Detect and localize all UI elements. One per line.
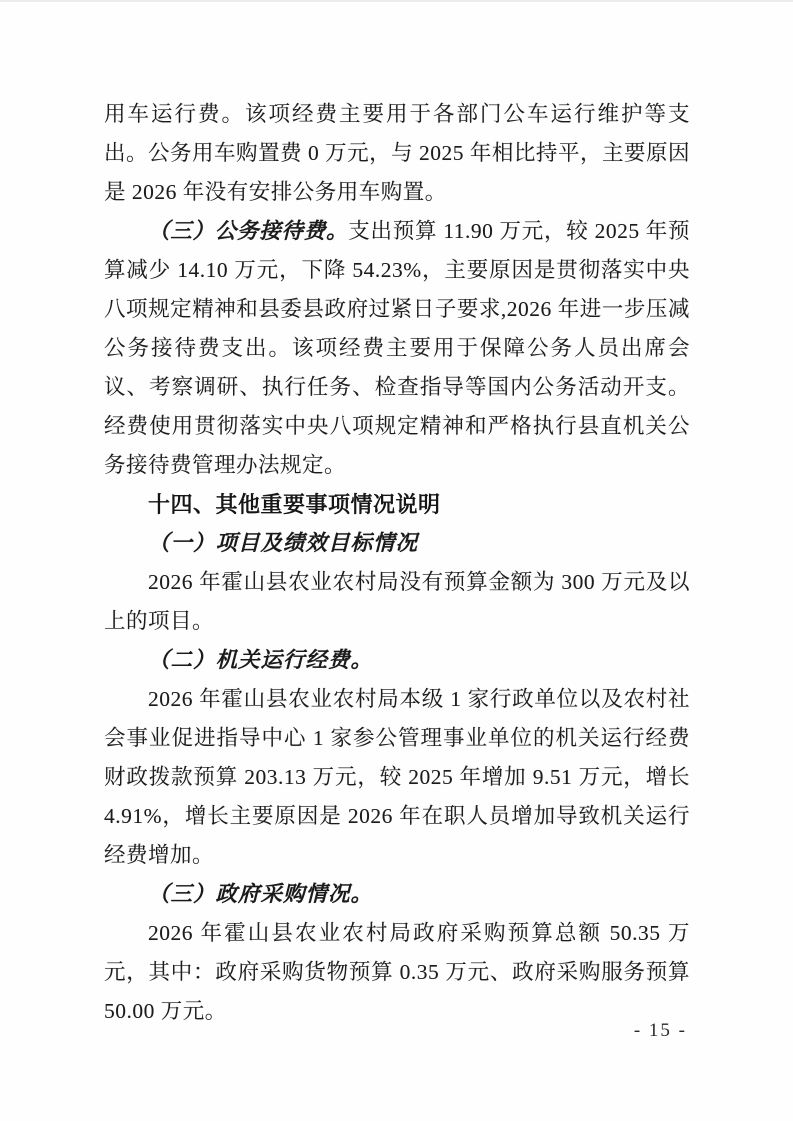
document-page: 用车运行费。该项经费主要用于各部门公车运行维护等支出。公务用车购置费 0 万元，…	[0, 0, 793, 1121]
subheading-government-procurement: （三）政府采购情况。	[104, 875, 690, 914]
paragraph-government-procurement: 2026 年霍山县农业农村局政府采购预算总额 50.35 万元，其中：政府采购货…	[104, 914, 690, 1031]
subheading-project-performance: （一）项目及绩效目标情况	[104, 524, 690, 563]
paragraph-project-performance: 2026 年霍山县农业农村局没有预算金额为 300 万元及以上的项目。	[104, 563, 690, 641]
paragraph-text: 2026 年霍山县农业农村局政府采购预算总额 50.35 万元，其中：政府采购货…	[104, 921, 690, 1023]
paragraph-official-reception: （三）公务接待费。支出预算 11.90 万元，较 2025 年预算减少 14.1…	[104, 212, 690, 485]
subheading-agency-operating-funds: （二）机关运行经费。	[104, 641, 690, 680]
document-body: 用车运行费。该项经费主要用于各部门公车运行维护等支出。公务用车购置费 0 万元，…	[104, 95, 690, 1031]
paragraph-lead: （三）公务接待费。	[148, 219, 348, 243]
paragraph-text: 2026 年霍山县农业农村局本级 1 家行政单位以及农村社会事业促进指导中心 1…	[104, 687, 690, 867]
section-heading-14: 十四、其他重要事项情况说明	[104, 485, 690, 524]
paragraph-text: 支出预算 11.90 万元，较 2025 年预算减少 14.10 万元，下降 5…	[104, 219, 690, 477]
paragraph-vehicle-operation: 用车运行费。该项经费主要用于各部门公车运行维护等支出。公务用车购置费 0 万元，…	[104, 95, 690, 212]
paragraph-agency-operating-funds: 2026 年霍山县农业农村局本级 1 家行政单位以及农村社会事业促进指导中心 1…	[104, 680, 690, 875]
paragraph-text: 用车运行费。该项经费主要用于各部门公车运行维护等支出。公务用车购置费 0 万元，…	[104, 102, 690, 204]
page-number: - 15 -	[634, 1020, 687, 1042]
paragraph-text: 2026 年霍山县农业农村局没有预算金额为 300 万元及以上的项目。	[104, 570, 690, 633]
